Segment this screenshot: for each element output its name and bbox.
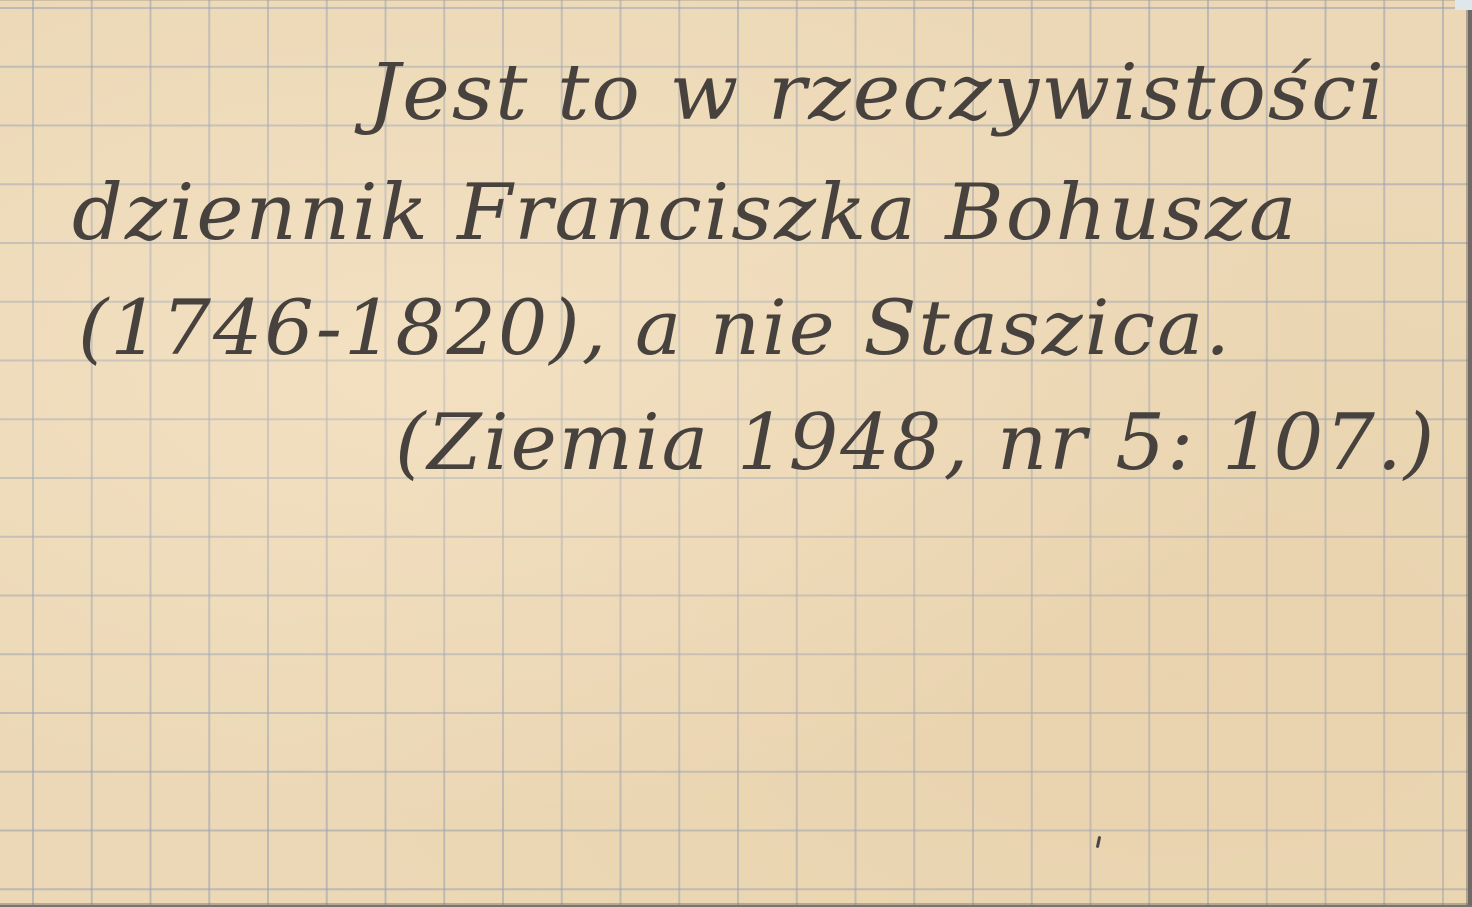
handwritten-line-2: dziennik Franciszka Bohusza [72,168,1299,258]
handwritten-line-4-citation: (Ziemia 1948, nr 5: 107.) [395,398,1436,488]
scan-edge-right [1468,0,1472,907]
index-card: Jest to w rzeczywistości dziennik Franci… [0,0,1468,905]
scan-background-corner [1455,0,1472,10]
handwritten-line-1: Jest to w rzeczywistości [368,48,1386,138]
stray-ink-mark [1096,836,1101,848]
handwritten-line-3: (1746-1820), a nie Staszica. [78,283,1232,372]
